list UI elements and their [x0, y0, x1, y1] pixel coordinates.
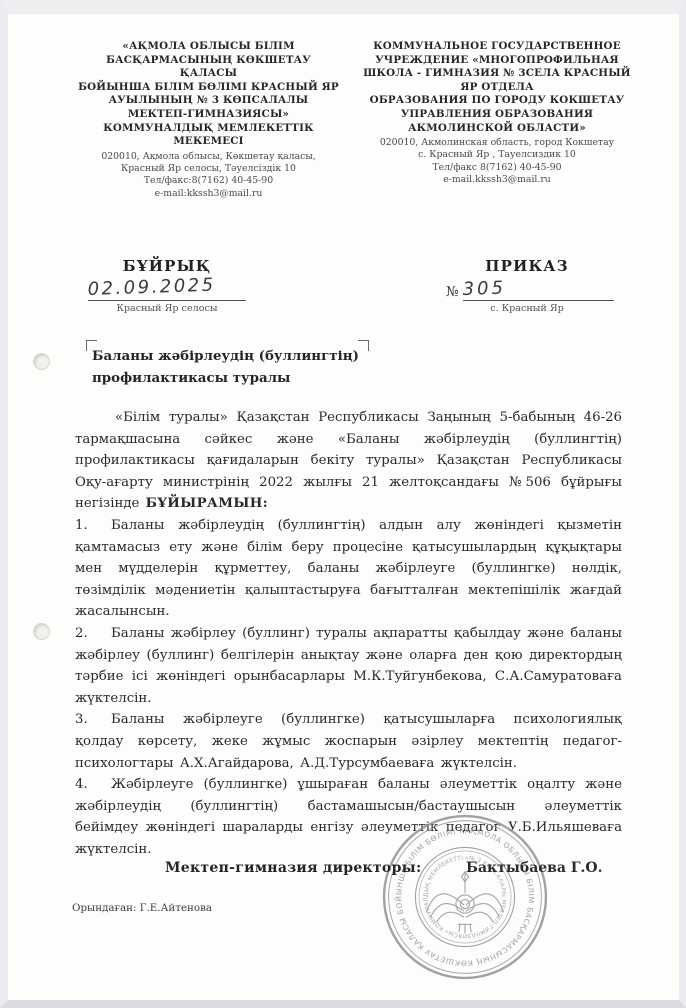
number-sign: №: [440, 284, 463, 301]
order-place-kk: Красный Яр селосы: [88, 303, 246, 314]
order-number-line: 305: [463, 277, 614, 301]
item-number: 4.: [75, 774, 89, 796]
scanned-order-document: { "header_left": { "name": "«АҚМОЛА ОБЛЫ…: [0, 0, 686, 1008]
seal-ring-text-outer: АҚМОЛА ОБЛЫСЫ БІЛІМ БАСҚАРМАСЫНЫҢ КӨКШЕТ…: [379, 811, 536, 968]
order-label-kk: БҰЙРЫҚ: [88, 257, 246, 275]
order-item-3: 3.Баланы жәбірлеуге (буллингке) қатысушы…: [75, 709, 622, 774]
director-role: Мектеп-гимназия директоры:: [165, 860, 421, 876]
item-number: 2.: [75, 623, 89, 645]
order-block-kk: БҰЙРЫҚ 02.09.2025 Красный Яр селосы: [88, 257, 246, 314]
svg-text:АҚМОЛА ОБЛЫСЫ БІЛІМ БАСҚАРМАСЫ: АҚМОЛА ОБЛЫСЫ БІЛІМ БАСҚАРМАСЫНЫҢ КӨКШЕТ…: [379, 811, 536, 968]
executor-note: Орындаған: Г.Е.Айтенова: [72, 902, 212, 914]
order-block-ru: ПРИКАЗ № 305 с. Красный Яр: [440, 257, 614, 314]
letterhead-kazakh: «АҚМОЛА ОБЛЫСЫ БІЛІМ БАСҚАРМАСЫНЫҢ КӨКШЕ…: [66, 40, 351, 200]
order-body: «Білім туралы» Қазақстан Республикасы За…: [75, 407, 622, 859]
order-date-line: 02.09.2025: [88, 277, 246, 301]
intro-paragraph: «Білім туралы» Қазақстан Республикасы За…: [75, 407, 622, 515]
org-name-kk: «АҚМОЛА ОБЛЫСЫ БІЛІМ БАСҚАРМАСЫНЫҢ КӨКШЕ…: [66, 40, 351, 149]
punch-hole-icon: [33, 353, 50, 370]
corner-mark-icon: [86, 340, 97, 351]
resolve-word: БҰЙЫРАМЫН:: [146, 496, 268, 511]
item-text: Баланы жәбірлеу (буллинг) туралы ақпарат…: [75, 626, 622, 706]
org-address-kk: 020010, Ақмола облысы, Көкшетау қаласы, …: [66, 151, 351, 200]
handwritten-number: 305: [462, 278, 506, 300]
item-text: Баланы жәбірлеудің (буллингтің) алдын ал…: [75, 518, 622, 619]
item-number: 3.: [75, 709, 89, 731]
item-text: Баланы жәбірлеуге (буллингке) қатысушыла…: [75, 712, 622, 770]
corner-mark-icon: [358, 340, 369, 351]
letterhead-russian: КОММУНАЛЬНОЕ ГОСУДАРСТВЕННОЕ УЧРЕЖДЕНИЕ …: [352, 40, 642, 186]
order-label-ru: ПРИКАЗ: [440, 257, 614, 275]
org-name-ru: КОММУНАЛЬНОЕ ГОСУДАРСТВЕННОЕ УЧРЕЖДЕНИЕ …: [352, 40, 642, 135]
org-address-ru: 020010, Акмолинская область, город Кокше…: [352, 137, 642, 186]
order-place-ru: с. Красный Яр: [440, 303, 614, 314]
punch-hole-icon: [33, 623, 50, 640]
handwritten-date: 02.09.2025: [87, 276, 216, 300]
item-number: 1.: [75, 515, 89, 537]
document-subject: Баланы жәбірлеудің (буллингтің) профилак…: [92, 346, 392, 389]
order-item-1: 1.Баланы жәбірлеудің (буллингтің) алдын …: [75, 515, 622, 623]
director-name: Бактыбаева Г.О.: [466, 860, 602, 876]
official-seal: АҚМОЛА ОБЛЫСЫ БІЛІМ БАСҚАРМАСЫНЫҢ КӨКШЕТ…: [379, 811, 551, 983]
order-item-2: 2.Баланы жәбірлеу (буллинг) туралы ақпар…: [75, 623, 622, 709]
